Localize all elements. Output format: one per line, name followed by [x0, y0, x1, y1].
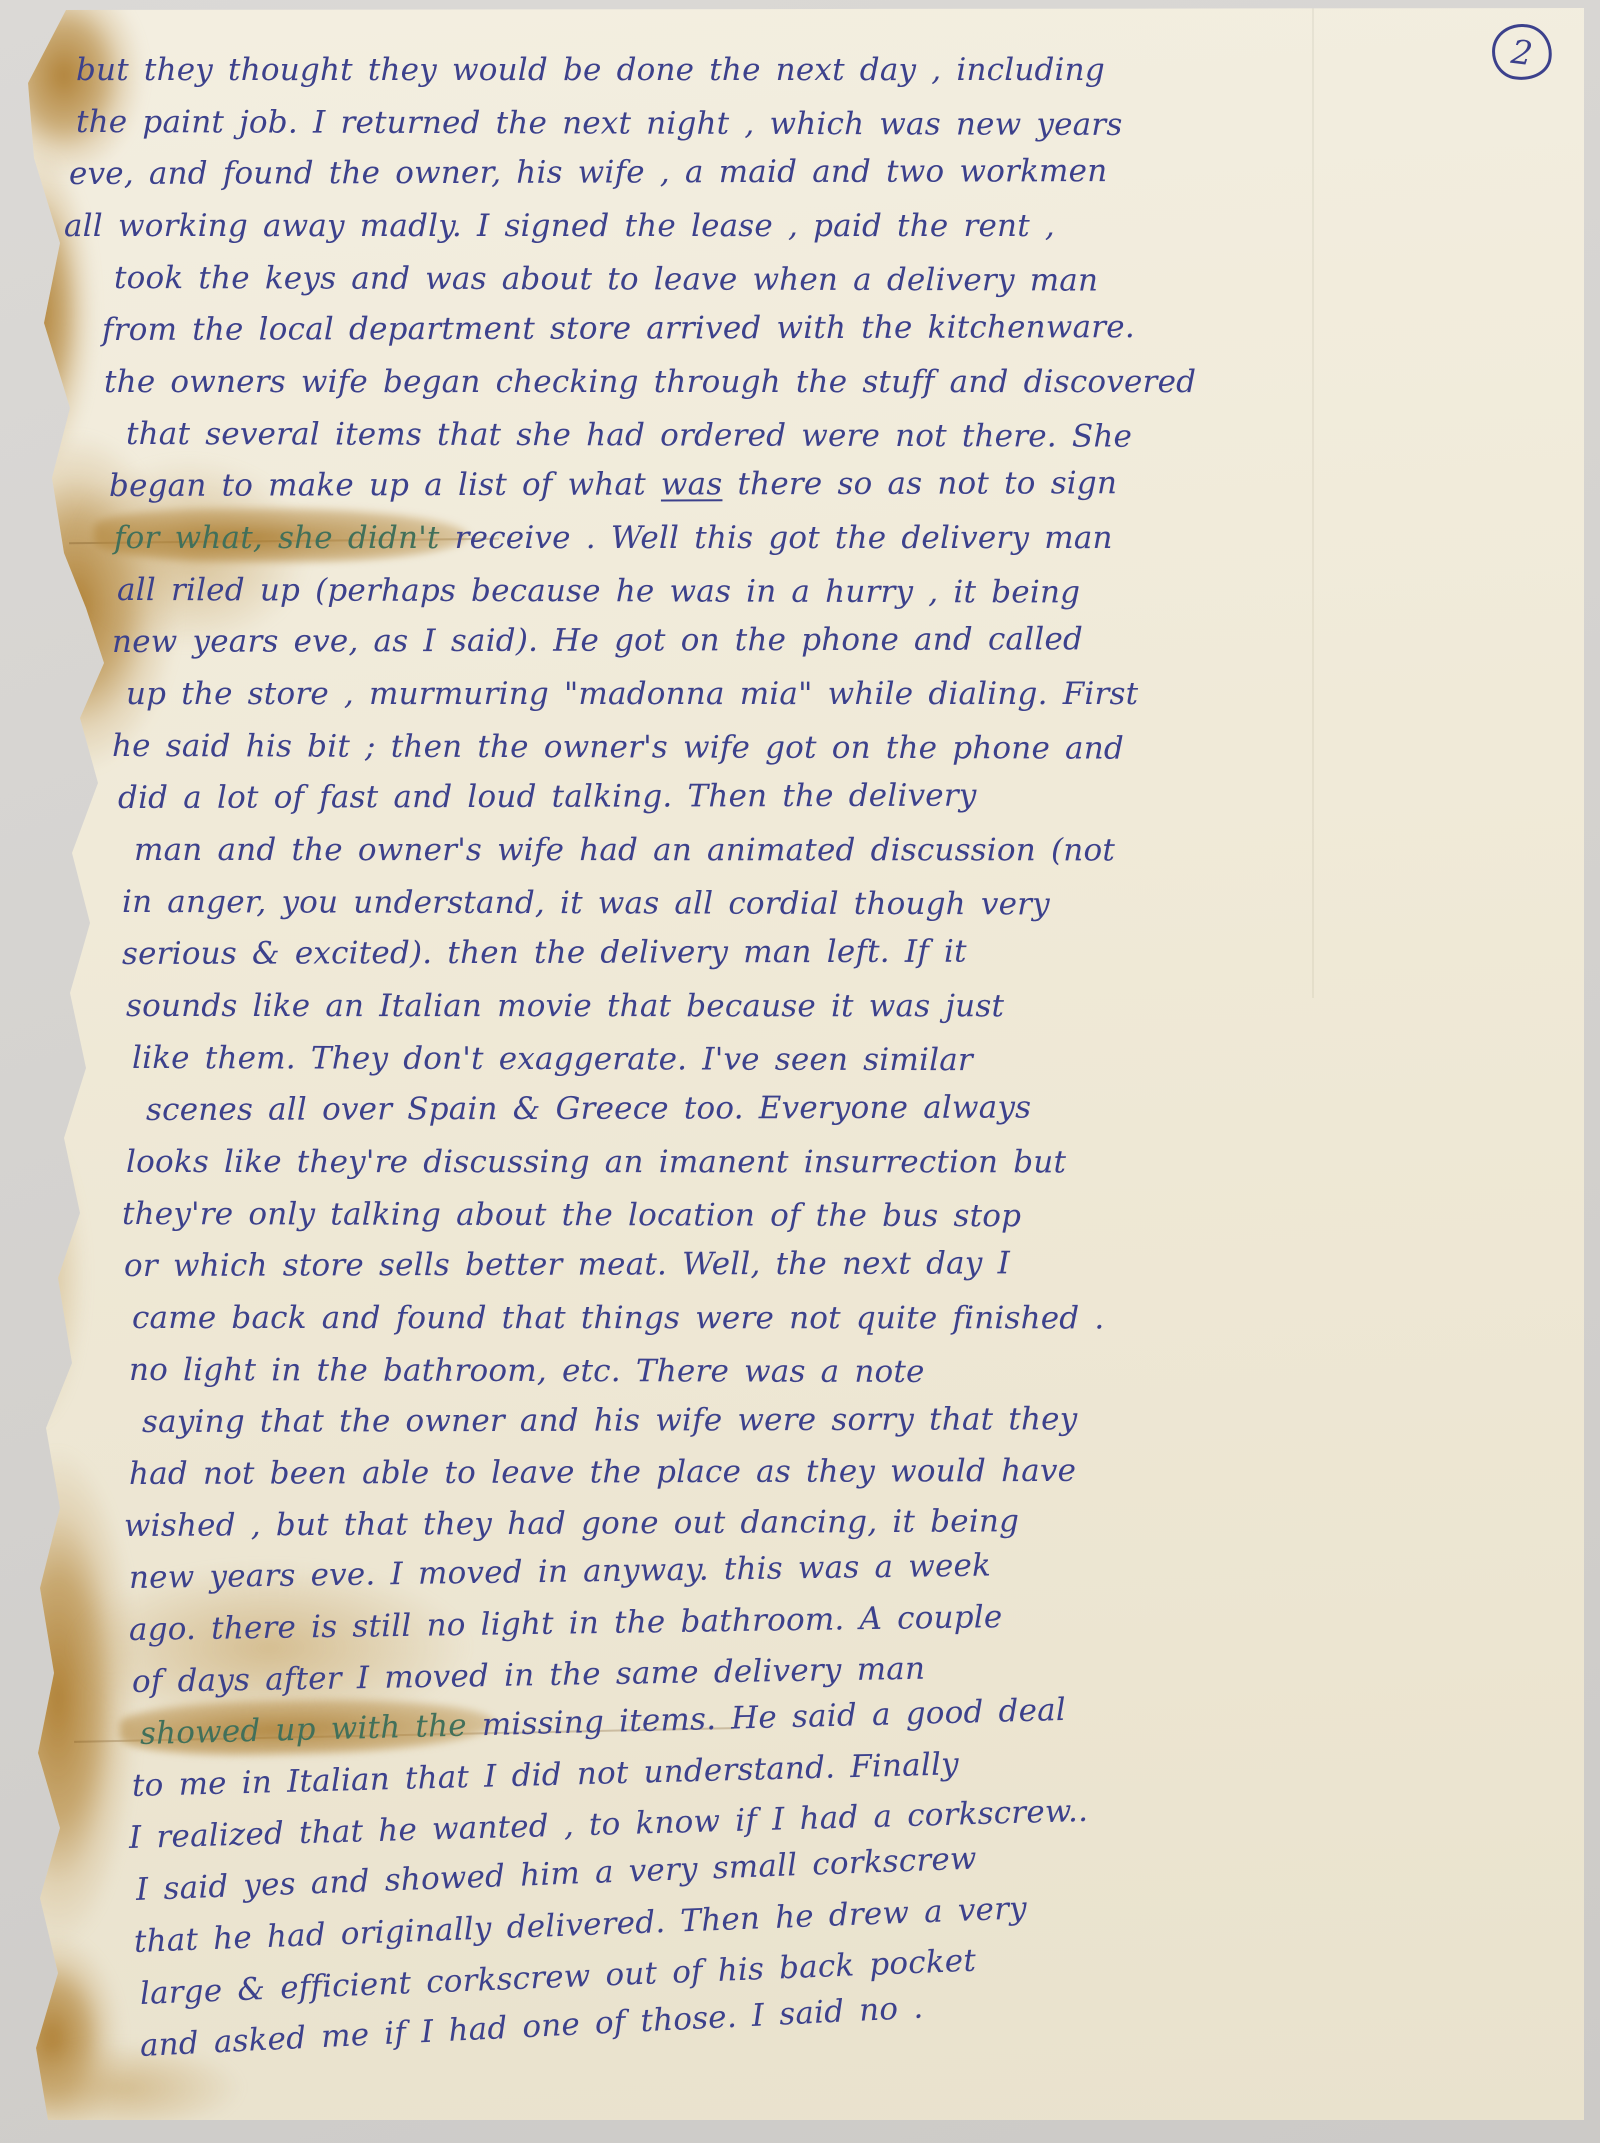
- letter-line: sounds like an Italian movie that becaus…: [126, 980, 1584, 1033]
- handwriting-text: began to make up a list of what: [109, 466, 661, 504]
- letter-line: that several items that she had ordered …: [126, 408, 1584, 464]
- letter-line: had not been able to leave the place as …: [129, 1443, 1584, 1500]
- letter-line: in anger, you understand, it was all cor…: [122, 876, 1584, 932]
- letter-line: new years eve, as I said). He got on the…: [112, 612, 1584, 668]
- handwriting-text: came back and found that things were not…: [132, 1300, 1104, 1336]
- handwriting-text: no light in the bathroom, etc. There was…: [129, 1352, 925, 1390]
- handwriting-text: was: [661, 466, 723, 502]
- handwriting-text: like them. They don't exaggerate. I've s…: [132, 1040, 973, 1078]
- handwriting-text: saying that the owner and his wife were …: [142, 1401, 1077, 1440]
- letter-line: came back and found that things were not…: [132, 1292, 1584, 1345]
- handwriting-text: ago. there is still no light in the bath…: [129, 1599, 1003, 1648]
- handwriting-text: all riled up (perhaps because he was in …: [117, 572, 1080, 611]
- handwriting-text: did a lot of fast and loud talking. Then…: [118, 778, 977, 816]
- letter-line: or which store sells better meat. Well, …: [124, 1236, 1584, 1292]
- handwriting-text: looks like they're discussing an imanent…: [126, 1144, 1066, 1180]
- handwriting-text: or which store sells better meat. Well, …: [124, 1245, 1010, 1284]
- handwriting-text: had not been able to leave the place as …: [129, 1453, 1076, 1492]
- letter-page: 2 but they thought they would be done th…: [14, 8, 1584, 2120]
- stained-green-text: showed up with the: [140, 1708, 468, 1752]
- letter-line: like them. They don't exaggerate. I've s…: [132, 1032, 1584, 1088]
- letter-line: for what, she didn't receive . Well this…: [114, 512, 1584, 564]
- handwriting-text: missing items. He said a good deal: [466, 1692, 1066, 1744]
- letter-line: all working away madly. I signed the lea…: [64, 200, 1584, 252]
- handwriting-text: took the keys and was about to leave whe…: [114, 260, 1098, 299]
- handwriting-text: in anger, you understand, it was all cor…: [122, 884, 1050, 922]
- letter-line: from the local department store arrived …: [102, 300, 1584, 356]
- stained-green-text: for what, she didn't: [114, 520, 440, 556]
- handwriting-text: scenes all over Spain & Greece too. Ever…: [146, 1090, 1031, 1128]
- handwriting-text: the paint job. I returned the next night…: [76, 104, 1123, 143]
- handwriting-text: the owners wife began checking through t…: [104, 364, 1196, 400]
- letter-line: serious & excited). then the delivery ma…: [122, 924, 1584, 980]
- letter-line: looks like they're discussing an imanent…: [126, 1136, 1584, 1189]
- handwriting-text: wished , but that they had gone out danc…: [124, 1503, 1019, 1544]
- letter-line: took the keys and was about to leave whe…: [114, 252, 1584, 308]
- letter-line: but they thought they would be done the …: [76, 44, 1584, 96]
- handwriting-text: man and the owner's wife had an animated…: [134, 832, 1115, 868]
- handwriting-text: serious & excited). then the delivery ma…: [122, 934, 967, 972]
- letter-line: scenes all over Spain & Greece too. Ever…: [146, 1080, 1584, 1136]
- handwriting-text: new years eve. I moved in anyway. this w…: [129, 1548, 992, 1596]
- handwriting-text: eve, and found the owner, his wife , a m…: [69, 153, 1107, 192]
- letter-lines: but they thought they would be done the …: [14, 8, 1584, 2072]
- letter-line: up the store , murmuring "madonna mia" w…: [126, 668, 1584, 720]
- handwriting-text: receive . Well this got the delivery man: [440, 520, 1113, 556]
- handwriting-text: that several items that she had ordered …: [126, 416, 1132, 455]
- scene-background: 2 but they thought they would be done th…: [0, 0, 1600, 2143]
- letter-line: eve, and found the owner, his wife , a m…: [69, 144, 1584, 200]
- handwriting-text: from the local department store arrived …: [102, 309, 1135, 348]
- handwriting-text: all working away madly. I signed the lea…: [64, 208, 1055, 244]
- letter-line: did a lot of fast and loud talking. Then…: [118, 768, 1584, 824]
- letter-line: all riled up (perhaps because he was in …: [117, 564, 1584, 620]
- letter-line: began to make up a list of what was ther…: [109, 456, 1584, 512]
- letter-line: the owners wife began checking through t…: [104, 356, 1584, 408]
- handwriting-text: he said his bit ; then the owner's wife …: [112, 728, 1124, 767]
- handwriting-text: new years eve, as I said). He got on the…: [112, 621, 1083, 660]
- letter-line: saying that the owner and his wife were …: [142, 1392, 1584, 1448]
- handwriting-text: but they thought they would be done the …: [76, 52, 1105, 88]
- handwriting-text: up the store , murmuring "madonna mia" w…: [126, 676, 1138, 712]
- handwriting-text: they're only talking about the location …: [122, 1196, 1021, 1234]
- letter-line: man and the owner's wife had an animated…: [134, 824, 1584, 877]
- letter-line: they're only talking about the location …: [122, 1188, 1584, 1244]
- letter-line: he said his bit ; then the owner's wife …: [112, 720, 1584, 776]
- handwriting-text: there so as not to sign: [722, 465, 1117, 502]
- letter-line: no light in the bathroom, etc. There was…: [129, 1344, 1584, 1400]
- handwriting-text: sounds like an Italian movie that becaus…: [126, 988, 1004, 1024]
